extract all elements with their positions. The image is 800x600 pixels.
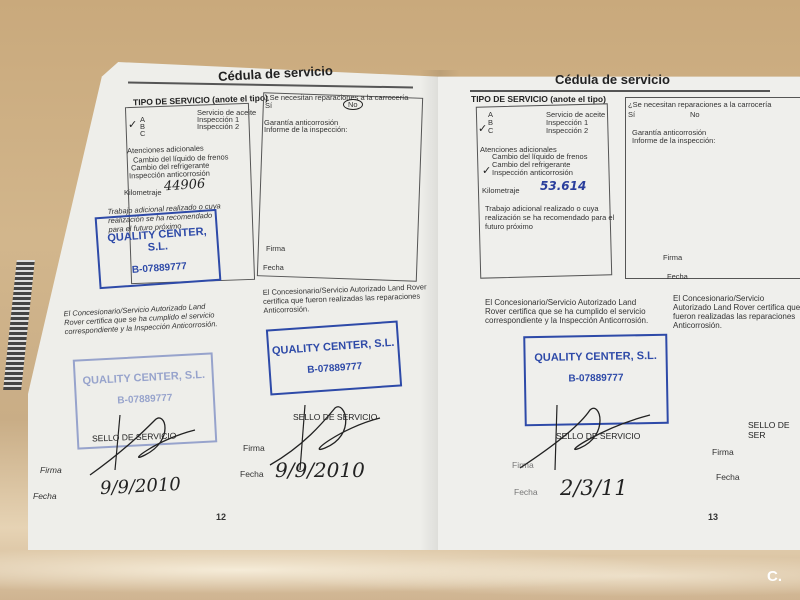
page-number: 12 bbox=[216, 512, 226, 522]
title-rule bbox=[470, 90, 770, 92]
service-option: Inspección 2 bbox=[546, 126, 588, 135]
stamp-name: QUALITY CENTER, S.L. bbox=[269, 337, 398, 358]
grade-c: C bbox=[140, 129, 145, 138]
signature bbox=[85, 410, 205, 485]
fecha-label: Fecha bbox=[33, 491, 57, 501]
checkmark-icon: ✓ bbox=[128, 118, 137, 131]
repair-box bbox=[625, 97, 800, 279]
firma-label: Firma bbox=[266, 244, 285, 253]
fecha-label: Fecha bbox=[240, 469, 264, 479]
firma-label: Firma bbox=[243, 443, 265, 453]
extra-work-label: Trabajo adicional realizado o cuya reali… bbox=[485, 204, 635, 231]
dealer-stamp: QUALITY CENTER, S.L. B-07889777 bbox=[266, 320, 402, 395]
stamp-name: QUALITY CENTER, S.L. bbox=[98, 225, 217, 257]
fecha-label: Fecha bbox=[263, 263, 284, 272]
certify-repair-text: El Concesionario/Servicio Autorizado Lan… bbox=[673, 294, 800, 330]
fecha-label: Fecha bbox=[667, 272, 688, 281]
handwritten-date: 2/3/11 bbox=[560, 476, 628, 500]
firma-label: Firma bbox=[663, 253, 682, 262]
additional-item: Inspección anticorrosión bbox=[492, 168, 573, 177]
yes-label: Sí bbox=[628, 110, 635, 119]
grade-c: C bbox=[488, 126, 493, 135]
no-answer-circled: No bbox=[343, 99, 363, 110]
signature bbox=[515, 400, 655, 475]
stamp-name: QUALITY CENTER, S.L. bbox=[76, 368, 212, 387]
seal-label: SELLO DE SER bbox=[748, 420, 800, 440]
fecha-label: Fecha bbox=[514, 487, 538, 497]
checkmark-icon: ✓ bbox=[478, 122, 487, 135]
mileage-value: 53.614 bbox=[540, 179, 586, 193]
stamp-cif: B-07889777 bbox=[77, 390, 213, 408]
fecha-label: Fecha bbox=[716, 472, 740, 482]
stamp-name: QUALITY CENTER, S.L. bbox=[526, 350, 666, 364]
firma-label: Firma bbox=[712, 447, 734, 457]
stamp-cif: B-07889777 bbox=[271, 359, 399, 379]
dealer-stamp: QUALITY CENTER, S.L. B-07889777 bbox=[95, 209, 222, 289]
inspection-report-label: Informe de la inspección: bbox=[264, 125, 347, 134]
no-label: No bbox=[690, 110, 700, 119]
mileage-label: Kilometraje bbox=[482, 186, 520, 195]
watermark: C. bbox=[767, 568, 782, 585]
mileage-label: Kilometraje bbox=[124, 188, 162, 197]
right-page-title: Cédula de servicio bbox=[555, 72, 670, 87]
service-type-header: TIPO DE SERVICIO (anote el tipo) bbox=[471, 94, 606, 104]
body-repair-question: ¿Se necesitan reparaciones a la carrocer… bbox=[628, 100, 771, 109]
page-number: 13 bbox=[708, 512, 718, 522]
firma-label: Firma bbox=[40, 465, 62, 475]
inspection-report-label: Informe de la inspección: bbox=[632, 136, 715, 145]
signature bbox=[265, 400, 385, 480]
stamp-cif: B-07889777 bbox=[100, 259, 218, 278]
checkmark-icon: ✓ bbox=[482, 164, 491, 177]
stamp-cif: B-07889777 bbox=[526, 372, 666, 385]
certify-service-text: El Concesionario/Servicio Autorizado Lan… bbox=[485, 298, 655, 325]
body-repair-question: ¿Se necesitan reparaciones a la carrocer… bbox=[265, 93, 408, 102]
yes-label: Sí bbox=[265, 101, 272, 110]
barcode-sticker bbox=[3, 260, 35, 390]
service-option: Inspección 2 bbox=[197, 122, 239, 131]
mileage-value: 44906 bbox=[164, 177, 206, 195]
